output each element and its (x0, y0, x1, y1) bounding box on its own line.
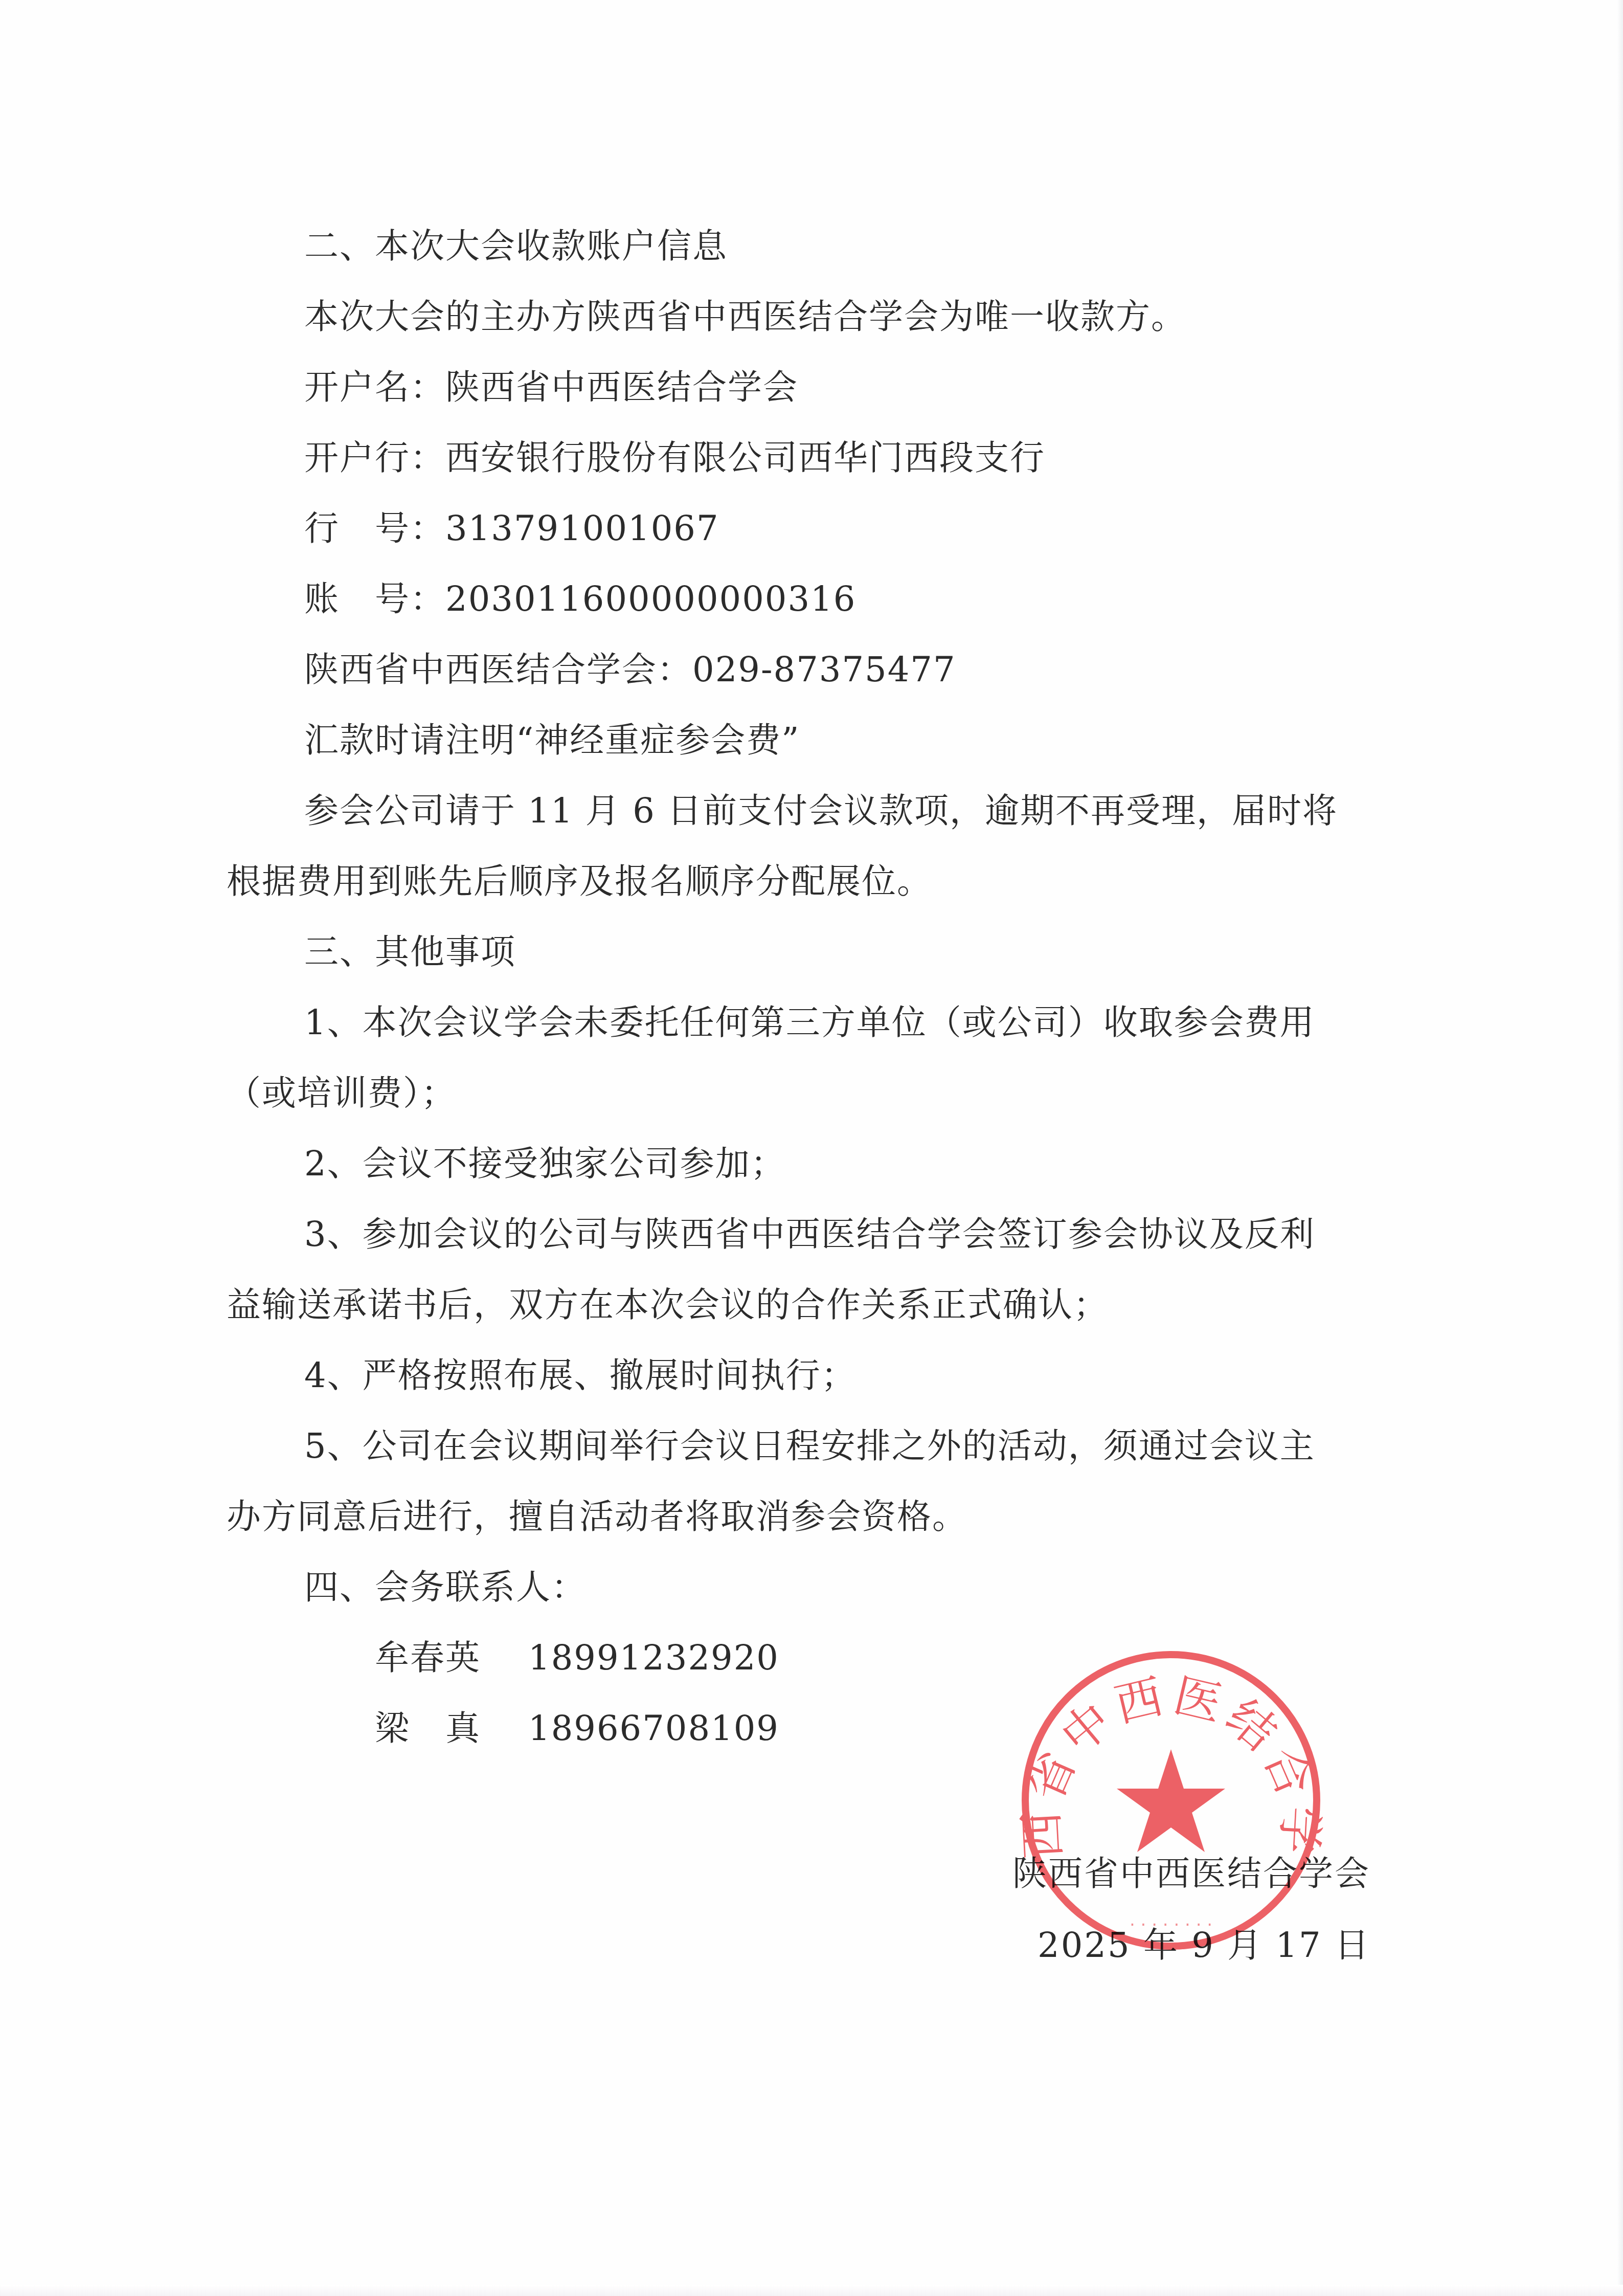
official-seal-stamp: 陕西省中西医结合学会 · · · · · · · · (1015, 1644, 1327, 1956)
contact-phone: 18991232920 (528, 1622, 779, 1693)
bank-row: 开户行：西安银行股份有限公司西华门西段支行 (227, 422, 1372, 493)
other-item-4: 4、严格按照布展、撤展时间执行； (227, 1340, 1372, 1411)
page-edge-bottom (0, 2285, 1623, 2296)
other-item-1-line-2: （或培训费）； (227, 1058, 1372, 1128)
bank-code-value: 313791001067 (445, 508, 719, 548)
contact-name: 牟春英 (375, 1622, 528, 1693)
contact-name: 梁 真 (375, 1693, 528, 1764)
account-number-value: 203011600000000316 (445, 579, 856, 619)
society-phone-label: 陕西省中西医结合学会： (304, 650, 692, 689)
page-edge-shadow (1617, 0, 1623, 2296)
bank-code-label: 行 号： (304, 508, 445, 548)
sole-payee-statement: 本次大会的主办方陕西省中西医结合学会为唯一收款方。 (227, 281, 1372, 352)
bank-value: 西安银行股份有限公司西华门西段支行 (445, 438, 1045, 478)
other-item-5-line-2: 办方同意后进行，擅自活动者将取消参会资格。 (227, 1481, 1372, 1552)
account-name-label: 开户名： (304, 367, 445, 407)
document-page: 二、本次大会收款账户信息 本次大会的主办方陕西省中西医结合学会为唯一收款方。 开… (0, 0, 1623, 2296)
other-item-3-line-1: 3、参加会议的公司与陕西省中西医结合学会签订参会协议及反利 (227, 1199, 1372, 1269)
remittance-note: 汇款时请注明“神经重症参会费” (227, 705, 1372, 775)
other-item-2: 2、会议不接受独家公司参加； (227, 1128, 1372, 1199)
bank-label: 开户行： (304, 438, 445, 478)
other-item-1-line-1: 1、本次会议学会未委托任何第三方单位（或公司）收取参会费用 (227, 987, 1372, 1058)
society-phone-value: 029-87375477 (692, 650, 956, 689)
society-phone-row: 陕西省中西医结合学会：029-87375477 (227, 634, 1372, 705)
other-item-3-line-2: 益输送承诺书后，双方在本次会议的合作关系正式确认； (227, 1269, 1372, 1340)
star-icon (1117, 1749, 1225, 1852)
contact-phone: 18966708109 (528, 1693, 779, 1764)
section-heading-other-matters: 三、其他事项 (227, 917, 1372, 987)
payment-deadline-line-1: 参会公司请于 11 月 6 日前支付会议款项，逾期不再受理，届时将 (227, 775, 1372, 846)
seal-serial-number: · · · · · · · · (1130, 1915, 1212, 1935)
document-body: 二、本次大会收款账户信息 本次大会的主办方陕西省中西医结合学会为唯一收款方。 开… (227, 211, 1372, 1764)
other-item-5-line-1: 5、公司在会议期间举行会议日程安排之外的活动，须通过会议主 (227, 1411, 1372, 1481)
payment-deadline-line-2: 根据费用到账先后顺序及报名顺序分配展位。 (227, 846, 1372, 917)
account-name-value: 陕西省中西医结合学会 (445, 367, 798, 407)
bank-code-row: 行 号：313791001067 (227, 493, 1372, 564)
account-number-row: 账 号：203011600000000316 (227, 564, 1372, 634)
account-name-row: 开户名：陕西省中西医结合学会 (227, 352, 1372, 422)
section-heading-contacts: 四、会务联系人： (227, 1552, 1372, 1622)
account-number-label: 账 号： (304, 579, 445, 619)
section-heading-payment-account: 二、本次大会收款账户信息 (227, 211, 1372, 281)
